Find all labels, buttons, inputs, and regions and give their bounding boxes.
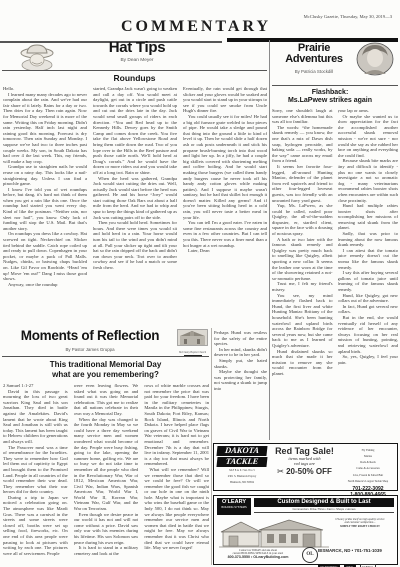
scissors-icon: ✂	[277, 467, 284, 476]
hat-tips-title: Hat Tips	[62, 40, 212, 55]
oleary-tagline-3: SIMPLY THE RIGHT CHOICE!	[324, 525, 396, 528]
oleary-logo-line1: O'LEARY	[217, 498, 251, 506]
prairie-rule	[272, 85, 398, 86]
reflection-column-1: 2 Samuel 1:1-27David in this passage is …	[3, 383, 68, 565]
section-banner-title: COMMENTARY	[0, 18, 392, 36]
sale-sub2: red tags are	[270, 461, 339, 466]
flashback-headline-line2: Ms.LaPwew strikes again	[260, 97, 400, 105]
banner-rule-right	[227, 38, 398, 42]
reflection-columns: 2 Samuel 1:1-27David in this passage is …	[3, 383, 209, 565]
oleary-building-illustration	[219, 516, 329, 550]
dakota-tackle-logo-line1: DAKOTA	[217, 446, 268, 456]
roundups-subhead: Roundups	[2, 73, 267, 83]
hat-tips-rule	[2, 70, 267, 71]
oleary-ad[interactable]: Custom Designed & Built to Last Commerci…	[213, 495, 398, 565]
dakota-tackle-info-block: Fly FishingMarineRods & ReelsCamo & Acce…	[342, 446, 394, 488]
hat-tips-byline: By Dean Meyer	[62, 58, 212, 63]
sale-offer: 20-50% OFF	[286, 467, 332, 476]
flashback-column-1: Sorry, one shouldn't laugh at someone el…	[272, 108, 333, 438]
flashback-headline-line1: Flashback:	[260, 89, 400, 97]
oleary-contact: Contact us TODAY and ask about current B…	[219, 549, 297, 559]
newspaper-page: McClusky Gazette, Thursday, May 30, 2019…	[0, 0, 400, 567]
oleary-logo: O'LEARY BUILDING SYSTEMS	[217, 498, 251, 515]
oleary-monogram: OL	[302, 547, 318, 563]
oleary-featuring: FEATURING Wick FABRAL	[318, 555, 396, 567]
dakota-tackle-address: M-F 8 to 6 / Sat. 8 to 52301 S. Bismarck…	[217, 469, 267, 485]
patricia-stockdill-photo	[356, 42, 394, 76]
dakota-tackle-logo-block: DAKOTA TACKLE M-F 8 to 6 / Sat. 8 to 523…	[217, 446, 267, 488]
reflection-column-3: rows of white marble crosses and not rem…	[144, 383, 209, 565]
oleary-city-phone: BISMARCK, ND • 701-751-1039	[318, 548, 396, 553]
flashback-columns: Sorry, one shouldn't laugh at someone el…	[272, 108, 398, 438]
dean-meyer-photo	[13, 43, 61, 71]
oleary-logo-line2: BUILDING SYSTEMS	[217, 506, 251, 509]
reflection-headline-line2: what are you remembering?	[2, 370, 209, 380]
flashback-column-2: your lap or arms.Or maybe she wanted us …	[338, 108, 399, 438]
reflection-divider-vertical	[211, 328, 212, 565]
flashback-column-extra: Perhaps Hund was restless for the safety…	[214, 330, 267, 436]
reflection-title: Moments of Reflection	[2, 329, 178, 343]
oleary-banner: Custom Designed & Built to Last	[254, 498, 394, 507]
oleary-contact-phone: 800-373-5550 • OLearyBuilding.com	[219, 556, 297, 559]
dakota-tackle-sale-block: Red Tag Sale! items marked with red tags…	[270, 446, 339, 488]
reflection-rule	[2, 356, 209, 357]
prairie-title: Prairie Adventures	[274, 43, 354, 65]
roundups-columns: Hello.I learned many many decades ago to…	[3, 86, 267, 323]
dakota-tackle-logo-line2: TACKLE	[217, 457, 268, 467]
church-photo: McClusky Baptist Church	[177, 329, 208, 351]
red-tag-sale-title: Red Tag Sale!	[270, 446, 339, 456]
reflection-column-2: were even leaving flowers. We asked what…	[74, 383, 139, 565]
roundups-column-2: started, Grandpa Jack wasn't going to we…	[93, 86, 177, 323]
sale-offer-line: ✂ 20-50% OFF	[270, 467, 339, 476]
oleary-tagline: O'Leary prides itself on high quality se…	[324, 518, 396, 528]
dakota-tackle-services: Fly FishingMarineRods & ReelsCamo & Acce…	[342, 449, 394, 483]
prairie-byline: By Patricia Stockdill	[274, 69, 354, 74]
roundups-column-3: Eventually, the rain would get through t…	[183, 86, 267, 323]
oleary-categories: Commercial • Drive-Thrus • Farm • Shops …	[254, 508, 394, 513]
dakota-tackle-ad[interactable]: DAKOTA TACKLE M-F 8 to 6 / Sat. 8 to 523…	[213, 443, 398, 491]
reflection-headline-line1: This traditional Memorial Day	[2, 360, 209, 370]
reflection-byline: By Pastor James Gruppa	[2, 347, 178, 352]
prairie-title-line2: Adventures	[274, 54, 354, 65]
flashback-headline: Flashback: Ms.LaPwew strikes again	[260, 89, 400, 105]
roundups-column-1: Hello.I learned many many decades ago to…	[3, 86, 87, 323]
church-photo-caption: McClusky Baptist Church	[177, 351, 208, 354]
reflection-headline: This traditional Memorial Day what are y…	[2, 360, 209, 379]
